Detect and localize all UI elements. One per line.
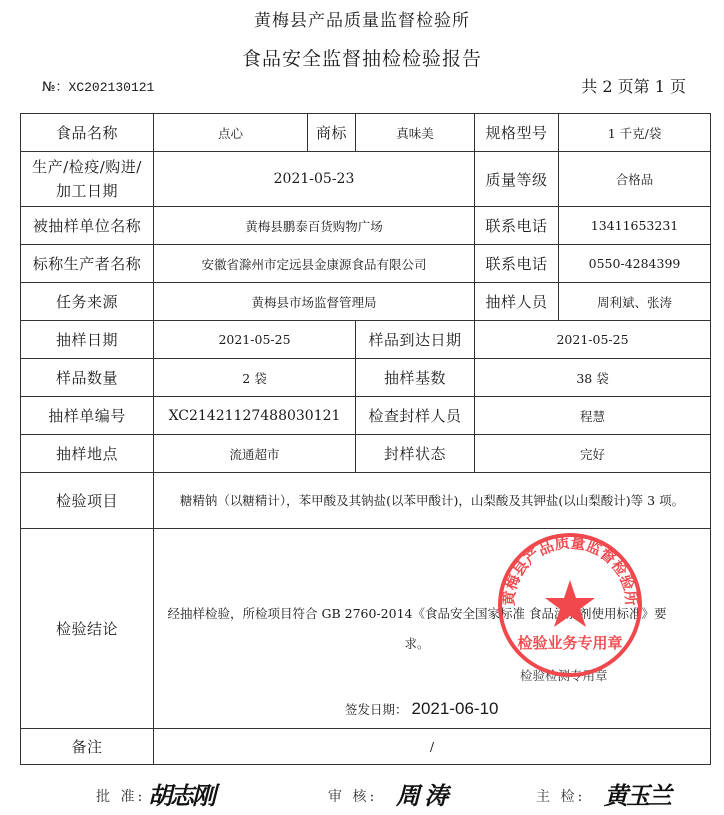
report-table: 食品名称 点心 商标 真味美 规格型号 1 千克/袋 生产/检疫/购进/加工日期… [20,113,711,765]
review-signature: 周 涛 [396,776,446,811]
row-date: 生产/检疫/购进/加工日期 2021-05-23 质量等级 合格品 [21,152,711,207]
conclusion-text: 经抽样检验，所检项目符合 GB 2760-2014《食品安全国家标准 食品添加剂… [160,599,704,659]
phone1-label: 联系电话 [475,207,559,245]
approve-label: 批 准: [96,786,145,806]
issue-date: 签发日期：2021-06-10 [345,694,498,725]
grade-label: 质量等级 [475,152,559,207]
items-value: 糖精钠（以糖精计），苯甲酸及其钠盐(以苯甲酸计)，山梨酸及其钾盐(以山梨酸计)等… [154,473,711,529]
conclusion-cell: 经抽样检验，所检项目符合 GB 2760-2014《食品安全国家标准 食品添加剂… [154,529,711,729]
quantity-value: 2 袋 [154,359,356,397]
issue-date-value: 2021-06-10 [412,699,499,718]
food-name-label: 食品名称 [21,114,154,152]
items-label: 检验项目 [21,473,154,529]
manufacturer-label: 标称生产者名称 [21,245,154,283]
sheet-no-value: XC21421127488030121 [154,397,356,435]
report-number-label: №： [42,80,69,95]
date-value: 2021-05-23 [154,152,475,207]
manufacturer-value: 安徽省滁州市定远县金康源食品有限公司 [154,245,475,283]
remarks-label: 备注 [21,729,154,765]
phone2-label: 联系电话 [475,245,559,283]
page-indicator: 共 2 页第 1 页 [581,74,686,97]
sealer-value: 程慧 [475,397,711,435]
base-value: 38 袋 [475,359,711,397]
row-quantity: 样品数量 2 袋 抽样基数 38 袋 [21,359,711,397]
review-label: 审 核: [328,786,377,806]
row-remarks: 备注 / [21,729,711,765]
task-source-label: 任务来源 [21,283,154,321]
conclusion-label: 检验结论 [21,529,154,729]
report-number-value: XC202130121 [69,80,155,95]
row-items: 检验项目 糖精钠（以糖精计），苯甲酸及其钠盐(以苯甲酸计)，山梨酸及其钾盐(以山… [21,473,711,529]
base-label: 抽样基数 [356,359,475,397]
sampled-unit-label: 被抽样单位名称 [21,207,154,245]
date-label: 生产/检疫/购进/加工日期 [21,152,154,207]
under-stamp-text: 检验检测专用章 [520,661,608,691]
spec-value: 1 千克/袋 [559,114,711,152]
grade-value: 合格品 [559,152,711,207]
brand-value: 真味美 [356,114,475,152]
sampling-date-label: 抽样日期 [21,321,154,359]
row-sampling-date: 抽样日期 2021-05-25 样品到达日期 2021-05-25 [21,321,711,359]
phone1-value: 13411653231 [559,207,711,245]
approve-signature: 胡志刚 [148,776,214,811]
row-manufacturer: 标称生产者名称 安徽省滁州市定远县金康源食品有限公司 联系电话 0550-428… [21,245,711,283]
sampled-unit-value: 黄梅县鹏泰百货购物广场 [154,207,475,245]
row-task-source: 任务来源 黄梅县市场监督管理局 抽样人员 周利斌、张涛 [21,283,711,321]
sheet-no-label: 抽样单编号 [21,397,154,435]
row-food-name: 食品名称 点心 商标 真味美 规格型号 1 千克/袋 [21,114,711,152]
seal-status-value: 完好 [475,435,711,473]
signature-row: 批 准: 胡志刚 审 核: 周 涛 主 检: 黄玉兰 [0,780,724,810]
sampling-date-value: 2021-05-25 [154,321,356,359]
brand-label: 商标 [308,114,356,152]
food-name-value: 点心 [154,114,308,152]
sampler-value: 周利斌、张涛 [559,283,711,321]
location-label: 抽样地点 [21,435,154,473]
spec-label: 规格型号 [475,114,559,152]
sealer-label: 检查封样人员 [356,397,475,435]
inspector-signature: 黄玉兰 [604,776,670,811]
arrival-date-value: 2021-05-25 [475,321,711,359]
task-source-value: 黄梅县市场监督管理局 [154,283,475,321]
remarks-value: / [154,729,711,765]
row-conclusion: 检验结论 经抽样检验，所检项目符合 GB 2760-2014《食品安全国家标准 … [21,529,711,729]
issue-date-label: 签发日期： [345,702,408,717]
inspector-label: 主 检: [536,786,585,806]
sampler-label: 抽样人员 [475,283,559,321]
report-number: №：XC202130121 [42,76,154,95]
phone2-value: 0550-4284399 [559,245,711,283]
arrival-date-label: 样品到达日期 [356,321,475,359]
organization-name: 黄梅县产品质量监督检验所 [0,6,724,31]
location-value: 流通超市 [154,435,356,473]
row-sampled-unit: 被抽样单位名称 黄梅县鹏泰百货购物广场 联系电话 13411653231 [21,207,711,245]
conclusion-wrap: 经抽样检验，所检项目符合 GB 2760-2014《食品安全国家标准 食品添加剂… [160,599,704,659]
row-sheet-no: 抽样单编号 XC21421127488030121 检查封样人员 程慧 [21,397,711,435]
seal-status-label: 封样状态 [356,435,475,473]
report-title: 食品安全监督抽检检验报告 [0,44,724,71]
row-location: 抽样地点 流通超市 封样状态 完好 [21,435,711,473]
quantity-label: 样品数量 [21,359,154,397]
